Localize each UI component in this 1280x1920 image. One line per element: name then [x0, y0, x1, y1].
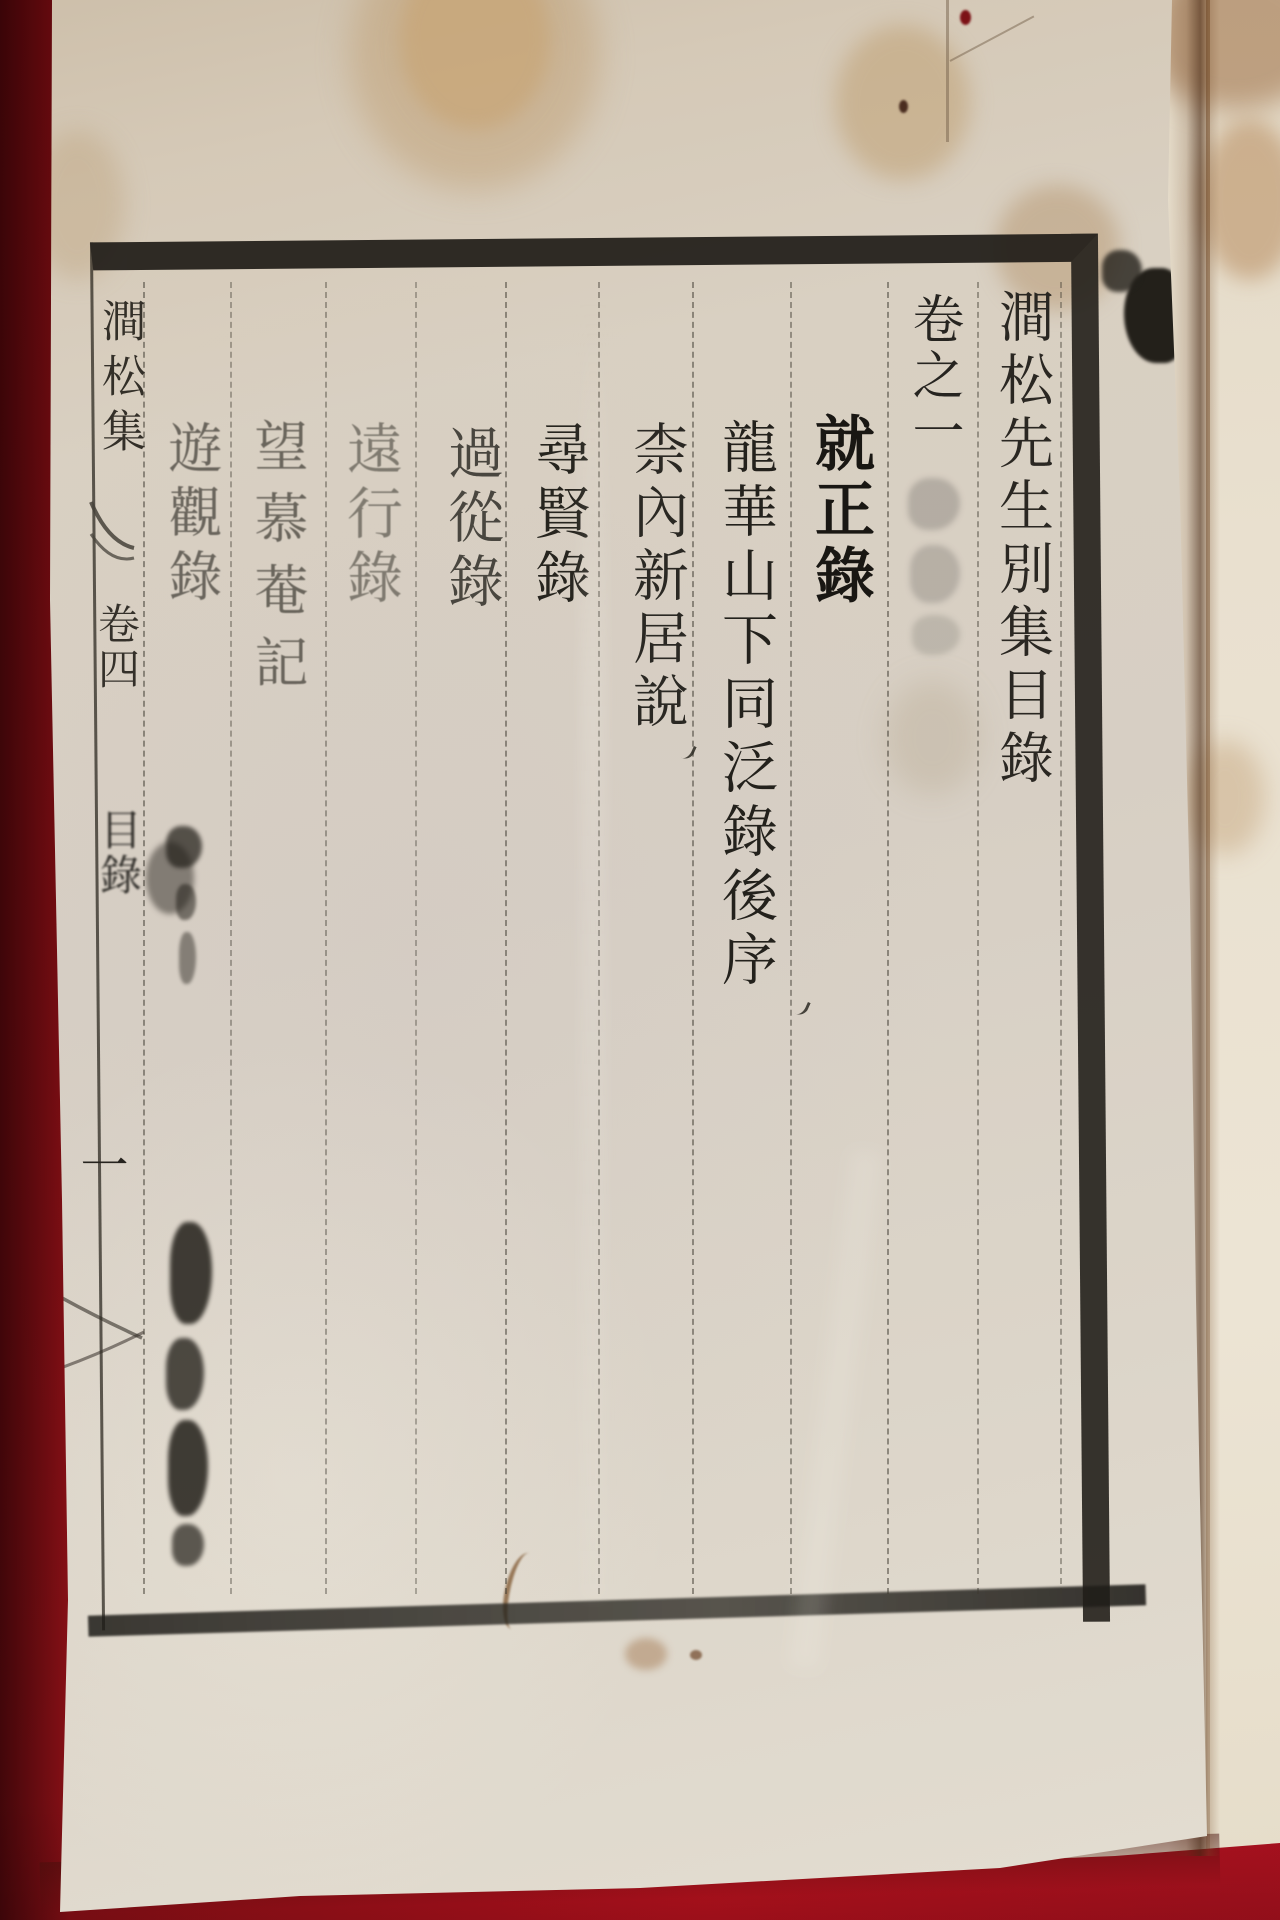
book-page: 澗松先生別集目錄 卷之一 就正錄 龍華山下同泛錄後序 柰內新居說 尋賢錄 過從錄…	[0, 0, 1280, 1920]
spine-volume-label: 卷四	[95, 602, 137, 692]
column-rule	[143, 282, 145, 1594]
toc-entry: 柰內新居說	[628, 420, 684, 735]
dark-speck	[899, 100, 908, 113]
toc-entry: 就正錄	[810, 412, 870, 610]
column-rule	[977, 282, 979, 1594]
column-rule	[887, 282, 889, 1594]
fish-tail-mark	[88, 498, 136, 596]
paper-stain	[625, 1638, 667, 1670]
corner-crease	[946, 0, 949, 142]
column-rule	[325, 282, 327, 1594]
photo-scene: 澗松先生別集目錄 卷之一 就正錄 龍華山下同泛錄後序 柰內新居說 尋賢錄 過從錄…	[0, 0, 1280, 1920]
column-rule	[505, 282, 507, 1594]
paper-sheen	[580, 300, 606, 1600]
toc-entry: 遊觀錄	[164, 420, 218, 612]
dark-speck	[960, 10, 971, 25]
toc-entry: 過從錄	[443, 424, 499, 616]
spine-book-title: 澗松集	[97, 298, 141, 463]
column-rule	[415, 282, 417, 1594]
toc-entry: 尋賢錄	[530, 420, 586, 612]
column-rule	[692, 282, 694, 1594]
dark-speck	[690, 1650, 702, 1660]
page-title: 澗松先生別集目錄	[994, 288, 1049, 792]
page-number: 一	[76, 1140, 124, 1188]
column-rule	[230, 282, 232, 1594]
toc-entry: 遠行錄	[342, 420, 398, 612]
spine-section-label: 目錄	[97, 808, 139, 898]
toc-entry: 龍華山下同泛錄後序	[717, 418, 773, 994]
volume-label: 卷之一	[907, 292, 959, 460]
column-rule	[1060, 282, 1062, 1594]
toc-entry: 望慕菴記	[250, 418, 304, 706]
column-rule	[790, 282, 792, 1594]
